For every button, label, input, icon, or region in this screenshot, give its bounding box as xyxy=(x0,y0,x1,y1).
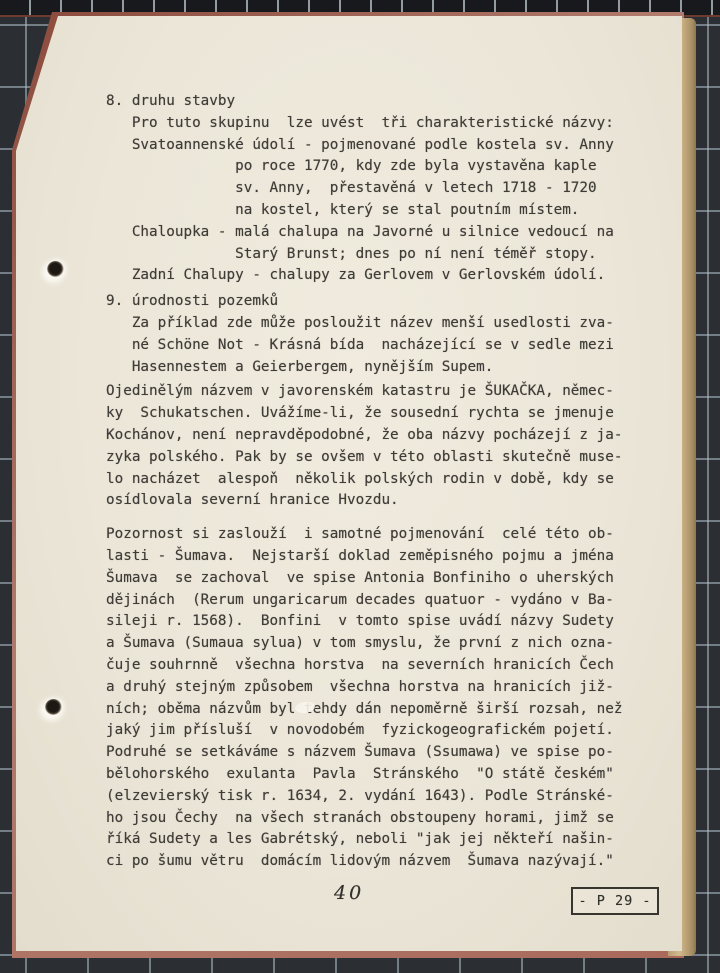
text-line: Chaloupka - malá chalupa na Javorné u si… xyxy=(106,222,636,244)
hole-punch-top xyxy=(47,261,64,277)
text-line: né Schöne Not - Krásná bída nacházející … xyxy=(106,335,636,357)
text-line: zyka polského. Pak by se ovšem v této ob… xyxy=(106,447,636,469)
text-line: Zadní Chalupy - chalupy za Gerlovem v Ge… xyxy=(106,265,636,287)
text-line: a druhý stejným způsobem všechna horstva… xyxy=(106,677,636,699)
text-line: čuje souhrnně všechna horstva na severní… xyxy=(106,655,636,677)
text-line: Podruhé se setkáváme s názvem Šumava (Ss… xyxy=(106,742,636,764)
document-page: 8. druhu stavby Pro tuto skupinu lze uvé… xyxy=(16,16,682,951)
text-line: osídlovala severní hranice Hvozdu. xyxy=(106,490,636,512)
text-line: (elzevierský tisk r. 1634, 2. vydání 164… xyxy=(106,786,636,808)
text-line: na kostel, který se stal poutním místem. xyxy=(106,200,636,222)
scanned-document-view: { "colors": { "paper": "#ebe6d8", "mat_b… xyxy=(0,0,720,973)
text-line: Svatoannenské údolí - pojmenované podle … xyxy=(106,135,636,157)
text-block-paragraph-sukacka: Ojedinělým názvem v javorenském katastru… xyxy=(106,381,636,512)
text-line: Ojedinělým názvem v javorenském katastru… xyxy=(106,381,636,403)
page-number: 40 xyxy=(334,882,404,904)
document-text: 8. druhu stavby Pro tuto skupinu lze uvé… xyxy=(106,91,636,873)
text-line: lo nacházet alespoň několik polských rod… xyxy=(106,469,636,491)
text-line: ho jsou Čechy na všech stranách obstoupe… xyxy=(106,808,636,830)
text-line: Kochánov, není nepravděpodobné, že oba n… xyxy=(106,425,636,447)
text-block-section-9: 9. úrodnosti pozemků Za příklad zde může… xyxy=(106,291,636,378)
text-line: sileji r. 1568). Bonfini v tomto spise u… xyxy=(106,611,636,633)
text-line: bělohorského exulanta Pavla Stránského "… xyxy=(106,764,636,786)
text-line: jaký jim přísluší v novodobém fyzickogeo… xyxy=(106,720,636,742)
text-line: Hasennestem a Geierbergem, nynějším Supe… xyxy=(106,357,636,379)
text-line: 8. druhu stavby xyxy=(106,91,636,113)
text-line: ky Schukatschen. Uvážíme-li, že sousední… xyxy=(106,403,636,425)
text-line: říká Sudety a les Gabrétský, neboli "jak… xyxy=(106,829,636,851)
text-line: lasti - Šumava. Nejstarší doklad zeměpis… xyxy=(106,546,636,568)
text-line: ních; oběma názvům byl tehdy dán nepoměr… xyxy=(106,699,636,721)
text-line: dějinách (Rerum ungaricarum decades quat… xyxy=(106,590,636,612)
stamp-box: - P 29 - xyxy=(571,887,659,915)
text-line: Starý Brunst; dnes po ní není téměř stop… xyxy=(106,244,636,266)
text-line: a Šumava (Sumaua sylua) v tom smyslu, že… xyxy=(106,633,636,655)
text-line: Pozornost si zaslouží i samotné pojmenov… xyxy=(106,524,636,546)
text-line: sv. Anny, přestavěná v letech 1718 - 172… xyxy=(106,178,636,200)
text-line: ci po šumu větru domácím lidovým názvem … xyxy=(106,851,636,873)
text-block-section-8: 8. druhu stavby Pro tuto skupinu lze uvé… xyxy=(106,91,636,287)
text-line: po roce 1770, kdy zde byla vystavěna kap… xyxy=(106,156,636,178)
text-line: Šumava se zachoval ve spise Antonia Bonf… xyxy=(106,568,636,590)
hole-punch-bottom xyxy=(45,699,62,715)
text-line: Za příklad zde může posloužit název menš… xyxy=(106,313,636,335)
text-line: Pro tuto skupinu lze uvést tři charakter… xyxy=(106,113,636,135)
text-block-paragraph-sumava: Pozornost si zaslouží i samotné pojmenov… xyxy=(106,524,636,873)
text-line: 9. úrodnosti pozemků xyxy=(106,291,636,313)
